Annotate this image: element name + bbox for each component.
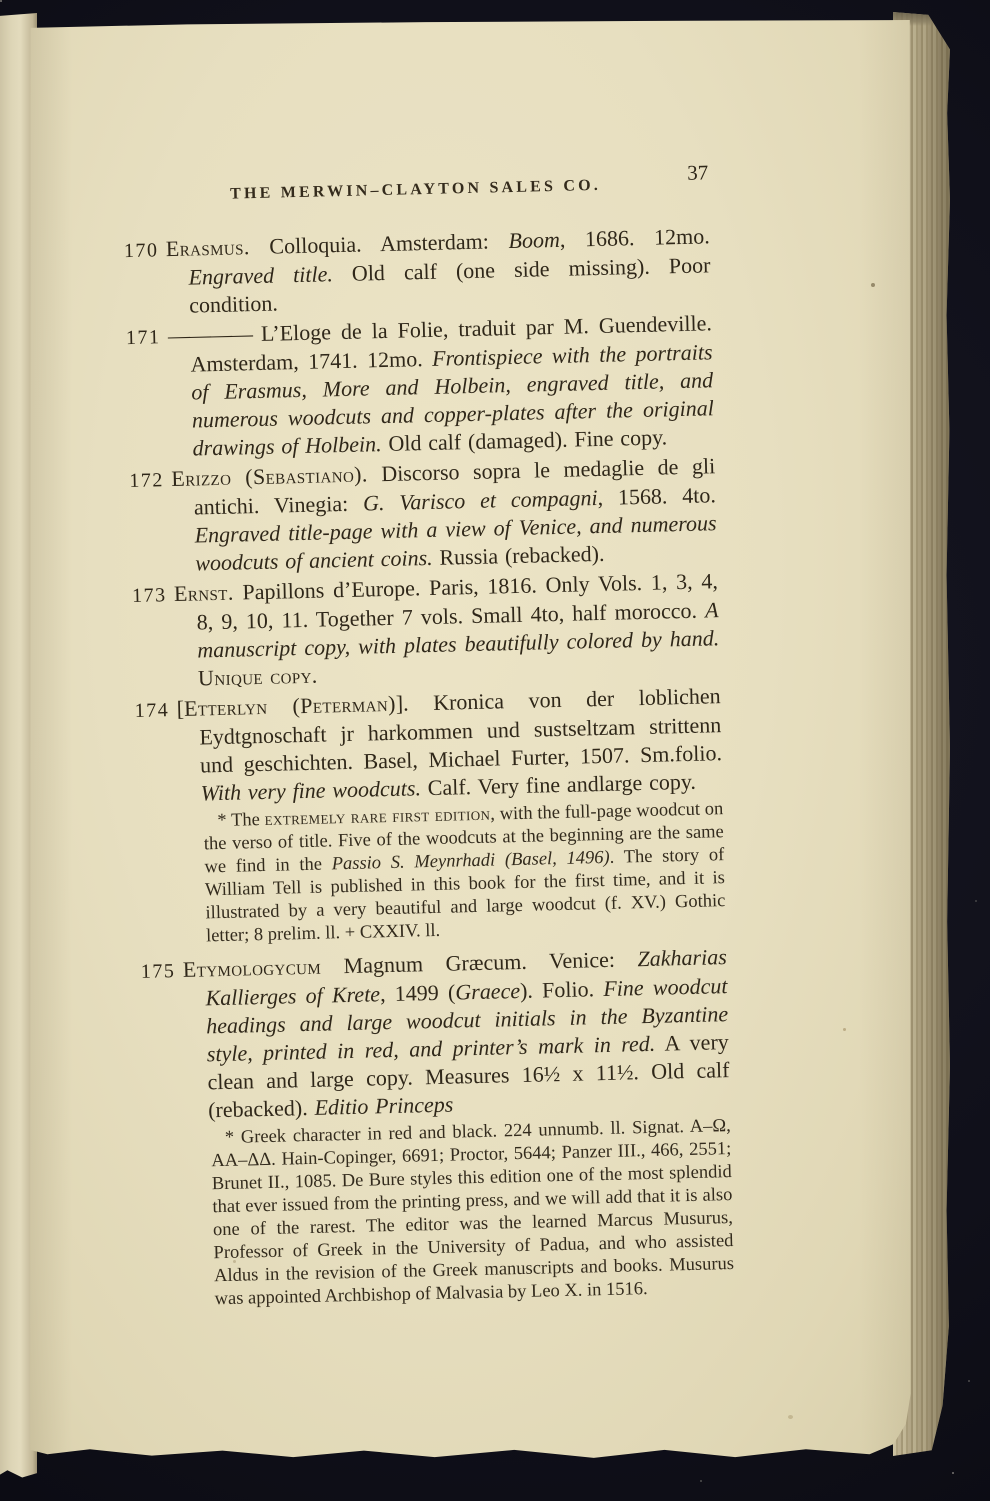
- text-segment: Passio S. Meynrhadi (Basel, 1496): [331, 848, 609, 875]
- paper-fleck: [871, 283, 875, 287]
- text-segment: Papillons d’Europe. Paris, 1816. Only Vo…: [196, 568, 718, 634]
- catalog-entry-174: 174[Etterlyn (Peterman)]. Kronica von de…: [198, 682, 723, 807]
- text-segment: Calf. Very fine andlarge copy.: [421, 769, 697, 800]
- text-segment: , 1686. 12mo.: [560, 223, 711, 252]
- text-segment: Editio Princeps: [314, 1092, 453, 1120]
- text-segment: , 1568. 4to.: [597, 482, 716, 510]
- text-segment: Colloquia. Amsterdam:: [249, 228, 508, 259]
- text-segment: Magnum Græcum. Venice:: [321, 946, 638, 978]
- entry-number: 175: [141, 957, 184, 986]
- entry-number: 170: [124, 236, 167, 265]
- catalog-entry-173: 173Ernst. Papillons d’Europe. Paris, 181…: [196, 567, 721, 692]
- text-segment: Erasmus.: [166, 234, 250, 261]
- text-segment: , 1499 (: [380, 980, 456, 1007]
- text-segment: * The: [217, 810, 265, 831]
- running-head-title: THE MERWIN–CLAYTON SALES CO.: [230, 177, 601, 204]
- entry-number: 171: [126, 323, 169, 352]
- entry-note-174: * The extremely rare first edition, with…: [203, 798, 726, 948]
- catalog-entry-175: 175Etymologycum Magnum Græcum. Venice: Z…: [205, 943, 731, 1124]
- page-number: 37: [687, 160, 709, 185]
- catalog-entry-172: 172Erizzo (Sebastiano). Discorso sopra l…: [193, 452, 718, 577]
- book-page: THE MERWIN–CLAYTON SALES CO. 37 170Erasm…: [28, 20, 912, 1460]
- text-segment: G. Varisco et compagni: [363, 485, 598, 516]
- text-segment: Russia (rebacked).: [432, 541, 604, 570]
- entry-note-175: * Greek character in red and black. 224 …: [211, 1115, 735, 1311]
- catalog-entry-170: 170Erasmus. Colloquia. Amsterdam: Boom, …: [188, 222, 712, 319]
- text-segment: * Greek character in red and black. 224 …: [211, 1116, 734, 1309]
- typeset-content: THE MERWIN–CLAYTON SALES CO. 37 170Erasm…: [122, 166, 735, 1319]
- catalog-entry-171: 171———— L’Eloge de la Folie, traduit par…: [190, 309, 715, 462]
- text-segment: ). Folio.: [520, 976, 604, 1003]
- paper-fleck: [843, 1028, 846, 1031]
- text-segment: Unique copy.: [198, 663, 318, 691]
- dust-speckles: [0, 0, 2, 2]
- text-segment: Old calf (damaged). Fine copy.: [381, 424, 667, 456]
- page-header: THE MERWIN–CLAYTON SALES CO. 37: [122, 166, 709, 212]
- entry-number: 174: [134, 696, 177, 725]
- entries: 170Erasmus. Colloquia. Amsterdam: Boom, …: [124, 222, 735, 1313]
- text-segment: Etterlyn (Peterman): [184, 691, 396, 721]
- text-segment: Etymologycum: [183, 954, 322, 982]
- text-segment: ————: [168, 321, 262, 348]
- text-segment: extremely rare first edition: [264, 805, 490, 830]
- text-segment: Engraved title.: [188, 261, 333, 289]
- text-segment: Graece: [455, 978, 520, 1005]
- entry-number: 172: [129, 466, 172, 495]
- text-segment: Boom: [508, 227, 560, 253]
- text-segment: With very fine woodcuts.: [200, 775, 421, 805]
- paper-fleck: [788, 1415, 793, 1419]
- text-segment: Erizzo (Sebastiano).: [171, 461, 368, 491]
- text-segment: Ernst.: [174, 580, 234, 606]
- entry-number: 173: [132, 581, 175, 610]
